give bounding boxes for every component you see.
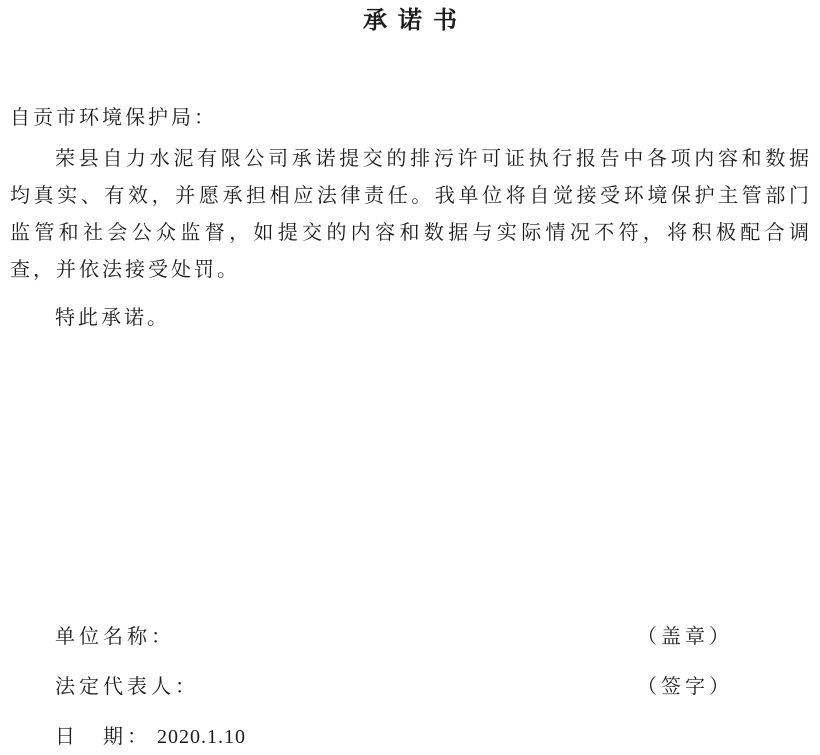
commitment-letter-page: 承诺书 自贡市环境保护局： 荣县自力水泥有限公司承诺提交的排污许可证执行报告中各… (0, 0, 820, 755)
closing-line: 特此承诺。 (10, 303, 812, 333)
commitment-paragraph: 荣县自力水泥有限公司承诺提交的排污许可证执行报告中各项内容和数据均真实、有效，并… (10, 141, 812, 289)
date-line: 日 期：2020.1.10 (55, 722, 246, 752)
date-row: 日 期：2020.1.10 (10, 722, 812, 752)
date-label: 日 期： (55, 726, 151, 748)
date-value: 2020.1.10 (157, 726, 246, 748)
legal-representative-label: 法定代表人： (55, 672, 199, 702)
seal-note: （盖章） (637, 622, 733, 652)
document-title: 承诺书 (0, 6, 820, 36)
unit-name-row: 单位名称： （盖章） (10, 622, 812, 652)
unit-name-label: 单位名称： (55, 622, 175, 652)
signature-note: （签字） (637, 672, 733, 702)
legal-representative-row: 法定代表人： （签字） (10, 672, 812, 702)
salutation-line: 自贡市环境保护局： (10, 103, 812, 133)
